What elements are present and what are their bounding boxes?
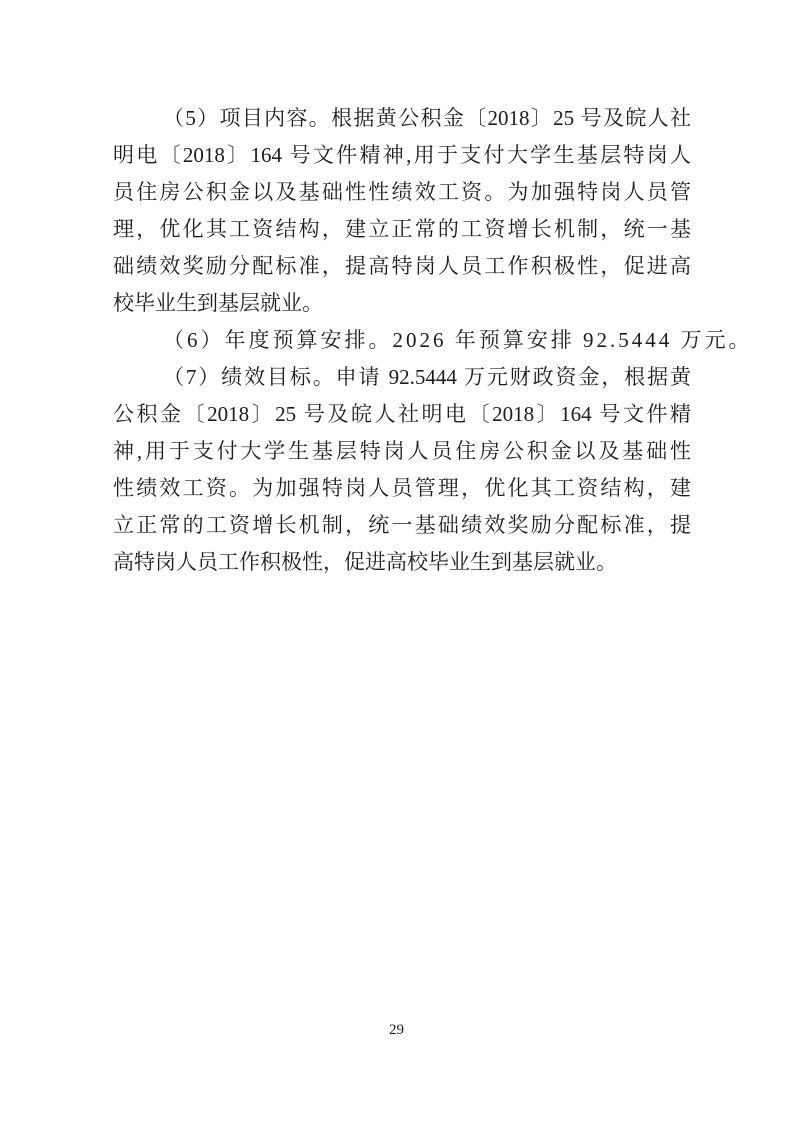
text-line: （7）绩效目标。申请 92.5444 万元财政资金，根据黄 xyxy=(113,359,691,396)
text-line: 明电〔2018〕164 号文件精神,用于支付大学生基层特岗人 xyxy=(113,137,691,174)
page-number: 29 xyxy=(389,1022,404,1038)
document-page: （5）项目内容。根据黄公积金〔2018〕25 号及皖人社 明电〔2018〕164… xyxy=(0,0,793,1122)
text-line: 公积金〔2018〕25 号及皖人社明电〔2018〕164 号文件精 xyxy=(113,396,691,433)
text-line: （5）项目内容。根据黄公积金〔2018〕25 号及皖人社 xyxy=(113,100,691,137)
text-line: 础绩效奖励分配标准，提高特岗人员工作积极性，促进高 xyxy=(113,248,691,285)
text-line: （6）年度预算安排。2026 年预算安排 92.5444 万元。 xyxy=(113,322,691,359)
text-line: 校毕业生到基层就业。 xyxy=(113,285,691,322)
text-line: 员住房公积金以及基础性性绩效工资。为加强特岗人员管 xyxy=(113,174,691,211)
text-line: 性绩效工资。为加强特岗人员管理，优化其工资结构，建 xyxy=(113,470,691,507)
page-footer: 29 xyxy=(0,1020,793,1040)
text-line: 高特岗人员工作积极性，促进高校毕业生到基层就业。 xyxy=(113,544,691,581)
document-body: （5）项目内容。根据黄公积金〔2018〕25 号及皖人社 明电〔2018〕164… xyxy=(113,100,691,581)
text-line: 立正常的工资增长机制，统一基础绩效奖励分配标准，提 xyxy=(113,507,691,544)
text-line: 理，优化其工资结构，建立正常的工资增长机制，统一基 xyxy=(113,211,691,248)
text-line: 神,用于支付大学生基层特岗人员住房公积金以及基础性 xyxy=(113,433,691,470)
